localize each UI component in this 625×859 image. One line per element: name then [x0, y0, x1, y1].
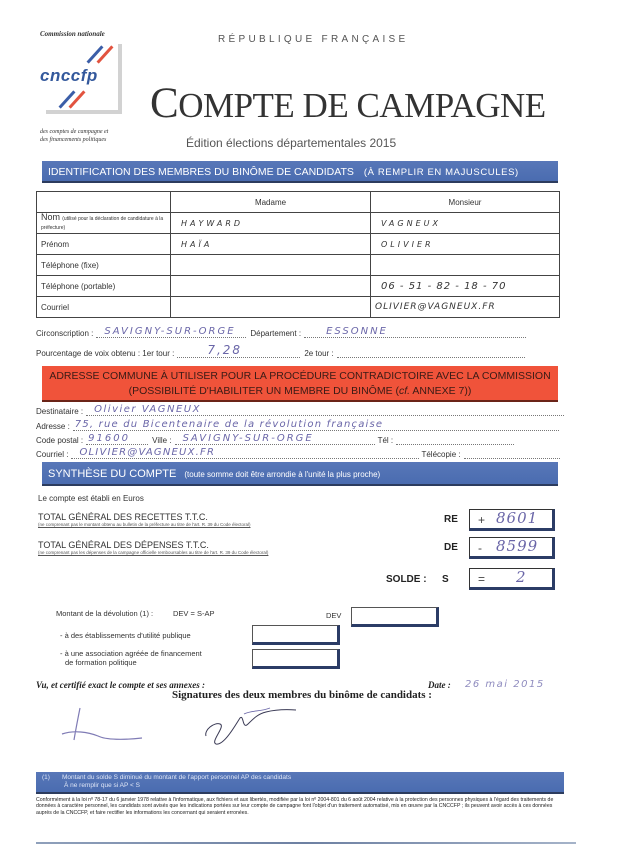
madame-telephone-fixe-field[interactable]	[171, 255, 371, 276]
depenses-code: DE	[444, 542, 458, 553]
title-initial: C	[150, 80, 178, 127]
destinataire-label: Destinataire :	[36, 407, 83, 416]
madame-prenom-field[interactable]: HAÏA	[171, 234, 371, 255]
footnote-line2: À ne remplir que si AP < S	[42, 782, 558, 790]
devolution-label: Montant de la dévolution (1) :	[56, 609, 153, 618]
association-label: - à une association agréée de financemen…	[60, 649, 202, 667]
solde-sign: =	[478, 572, 485, 586]
solde-code: S	[442, 574, 449, 585]
circonscription-label: Circonscription :	[36, 329, 93, 338]
etablissements-label: - à des établissements d'utilité publiqu…	[60, 631, 191, 640]
cnccfp-logo: cnccfp	[40, 44, 122, 116]
footnote-text1: Montant du solde S diminué du montant de…	[62, 774, 291, 781]
tour2-field[interactable]	[337, 346, 525, 358]
logo-subtitle-line1: des comptes de campagne et	[40, 128, 108, 136]
etablissements-field[interactable]	[252, 625, 340, 645]
tour1-field[interactable]: 7,28	[177, 346, 300, 358]
column-header-madame: Madame	[171, 192, 371, 213]
monsieur-nom-field[interactable]: VAGNEUX	[371, 213, 560, 234]
circonscription-field[interactable]: SAVIGNY-SUR-ORGE	[96, 326, 246, 338]
edition-subtitle: Édition élections départementales 2015	[186, 136, 396, 150]
code-postal-value: 91600	[88, 433, 130, 444]
currency-note: Le compte est établi en Euros	[38, 494, 144, 503]
recettes-field[interactable]: + 8601	[469, 509, 555, 531]
depenses-sign: -	[478, 541, 482, 555]
footnote-line1: (1)Montant du solde S diminué du montant…	[42, 774, 558, 782]
identification-section-header: IDENTIFICATION DES MEMBRES DU BINÔME DE …	[42, 161, 558, 183]
row-label-prenom: Prénom	[37, 234, 171, 255]
solde-value: 2	[516, 568, 527, 586]
departement-label: Département :	[250, 329, 301, 338]
identification-note: (À REMPLIR EN MAJUSCULES)	[364, 167, 519, 178]
logo-subtitle-line2: des financements politiques	[40, 136, 108, 144]
telecopie-field[interactable]	[464, 447, 560, 459]
row-label-courriel: Courriel	[37, 297, 171, 318]
departement-value: ESSONNE	[326, 326, 388, 337]
association-field[interactable]	[252, 649, 340, 669]
adresse-title-cf: cf.	[399, 385, 410, 397]
destinataire-value: Olivier VAGNEUX	[94, 404, 201, 415]
monsieur-prenom-field[interactable]: OLIVIER	[371, 234, 560, 255]
adresse-title-line2-b: ANNEXE 7))	[410, 385, 471, 397]
courriel-value: OLIVIER@VAGNEUX.FR	[79, 447, 215, 458]
madame-courriel-field[interactable]	[171, 297, 371, 318]
courriel-field[interactable]: OLIVIER@VAGNEUX.FR	[71, 447, 419, 459]
recettes-label: TOTAL GÉNÉRAL DES RECETTES T.T.C.	[38, 512, 251, 522]
recettes-code: RE	[444, 514, 458, 525]
table-row-prenom: Prénom HAÏA OLIVIER	[37, 234, 560, 255]
row-label-telephone-portable: Téléphone (portable)	[37, 276, 171, 297]
destinataire-field[interactable]: Olivier VAGNEUX	[86, 404, 564, 416]
adresse-label: Adresse :	[36, 422, 70, 431]
recettes-sign: +	[478, 513, 485, 527]
destinataire-row: Destinataire : Olivier VAGNEUX	[36, 404, 564, 416]
table-row-nom: Nom (utilisé pour la déclaration de cand…	[37, 213, 560, 234]
signature-monsieur[interactable]	[200, 700, 310, 750]
logo-subtitle: des comptes de campagne et des financeme…	[40, 128, 108, 144]
depenses-note: (ne comprenant pas les dépenses de la ca…	[38, 550, 268, 555]
candidates-table: Madame Monsieur Nom (utilisé pour la déc…	[36, 191, 560, 318]
devolution-formula: DEV = S-AP	[173, 609, 214, 618]
code-postal-label: Code postal :	[36, 436, 83, 445]
dev-code: DEV	[326, 611, 341, 620]
row-label-telephone-fixe: Téléphone (fixe)	[37, 255, 171, 276]
adresse-title-line1: ADRESSE COMMUNE À UTILISER POUR LA PROCÉ…	[42, 369, 558, 384]
pourcentage-label: Pourcentage de voix obtenu : 1er tour :	[36, 349, 174, 358]
telecopie-label: Télécopie :	[421, 450, 460, 459]
association-label-line2: de formation politique	[60, 658, 202, 667]
row-label-nom: Nom (utilisé pour la déclaration de cand…	[37, 213, 171, 234]
adresse-field[interactable]: 75, rue du Bicentenaire de la révolution…	[73, 419, 559, 431]
column-header-monsieur: Monsieur	[371, 192, 560, 213]
tour2-label: 2e tour :	[304, 349, 333, 358]
recettes-value: 8601	[496, 509, 538, 527]
depenses-value: 8599	[496, 537, 538, 555]
ville-value: SAVIGNY-SUR-ORGE	[183, 433, 314, 444]
adresse-section-header: ADRESSE COMMUNE À UTILISER POUR LA PROCÉ…	[42, 366, 558, 402]
nom-label-note: (utilisé pour la déclaration de candidat…	[41, 216, 163, 231]
circonscription-value: SAVIGNY-SUR-ORGE	[104, 326, 235, 337]
circonscription-row: Circonscription : SAVIGNY-SUR-ORGE Dépar…	[36, 326, 526, 338]
tel-label: Tél :	[378, 436, 394, 445]
footnote-bar: (1)Montant du solde S diminué du montant…	[36, 772, 564, 794]
tour1-value: 7,28	[207, 343, 242, 357]
column-header-empty	[37, 192, 171, 213]
identification-title: IDENTIFICATION DES MEMBRES DU BINÔME DE …	[48, 166, 354, 178]
date-label: Date :	[428, 680, 451, 690]
adresse-value: 75, rue du Bicentenaire de la révolution…	[75, 419, 384, 430]
code-postal-field[interactable]: 91600	[86, 433, 148, 445]
synthese-section-header: SYNTHÈSE DU COMPTE(toute somme doit être…	[42, 462, 558, 486]
table-row-telephone-portable: Téléphone (portable) 06 - 51 - 82 - 18 -…	[37, 276, 560, 297]
monsieur-courriel-field[interactable]: OLIVIER@VAGNEUX.FR	[371, 297, 560, 318]
table-row-telephone-fixe: Téléphone (fixe)	[37, 255, 560, 276]
logo-acronym: cnccfp	[40, 66, 98, 86]
courriel-label: Courriel :	[36, 450, 68, 459]
departement-field[interactable]: ESSONNE	[304, 326, 526, 338]
page-title: COMPTE DE CAMPAGNE	[150, 79, 546, 128]
synthese-title: SYNTHÈSE DU COMPTE	[48, 468, 176, 480]
footnote-marker: (1)	[42, 774, 50, 781]
adresse-title-line2-a: (POSSIBILITÉ D'HABILITER UN MEMBRE DU BI…	[129, 385, 399, 397]
date-value[interactable]: 26 mai 2015	[465, 679, 545, 690]
table-row-courriel: Courriel OLIVIER@VAGNEUX.FR	[37, 297, 560, 318]
association-label-line1: - à une association agréée de financemen…	[60, 649, 202, 658]
nom-label: Nom	[41, 212, 60, 222]
ville-label: Ville :	[152, 436, 171, 445]
madame-nom-field[interactable]: HAYWARD	[171, 213, 371, 234]
depenses-label: TOTAL GÉNÉRAL DES DÉPENSES T.T.C.	[38, 540, 268, 550]
recettes-note: (ne comprenant pas le montant obtenu au …	[38, 522, 251, 527]
solde-field[interactable]: = 2	[469, 568, 555, 590]
footer-divider	[36, 842, 576, 844]
code-postal-row: Code postal : 91600 Ville : SAVIGNY-SUR-…	[36, 433, 514, 445]
title-rest: OMPTE DE CAMPAGNE	[178, 86, 545, 125]
recettes-block: TOTAL GÉNÉRAL DES RECETTES T.T.C. (ne co…	[38, 512, 251, 527]
monsieur-telephone-fixe-field[interactable]	[371, 255, 560, 276]
depenses-field[interactable]: - 8599	[469, 537, 555, 559]
legal-notice: Conformément à la loi nº 78-17 du 6 janv…	[36, 797, 564, 816]
solde-label: SOLDE :	[386, 574, 427, 585]
ville-field[interactable]: SAVIGNY-SUR-ORGE	[175, 433, 375, 445]
madame-telephone-portable-field[interactable]	[171, 276, 371, 297]
logo-top-text: Commission nationale	[40, 30, 105, 38]
adresse-row: Adresse : 75, rue du Bicentenaire de la …	[36, 419, 559, 431]
synthese-note: (toute somme doit être arrondie à l'unit…	[184, 470, 380, 479]
table-header-row: Madame Monsieur	[37, 192, 560, 213]
courriel-row: Courriel : OLIVIER@VAGNEUX.FR Télécopie …	[36, 447, 560, 459]
signature-madame[interactable]	[54, 700, 154, 750]
tel-field[interactable]	[396, 433, 514, 445]
dev-field[interactable]	[351, 607, 439, 627]
adresse-title-line2: (POSSIBILITÉ D'HABILITER UN MEMBRE DU BI…	[42, 384, 558, 399]
depenses-block: TOTAL GÉNÉRAL DES DÉPENSES T.T.C. (ne co…	[38, 540, 268, 555]
republique-francaise: RÉPUBLIQUE FRANÇAISE	[218, 34, 408, 45]
monsieur-telephone-portable-field[interactable]: 06 - 51 - 82 - 18 - 70	[371, 276, 560, 297]
pourcentage-row: Pourcentage de voix obtenu : 1er tour : …	[36, 346, 525, 358]
